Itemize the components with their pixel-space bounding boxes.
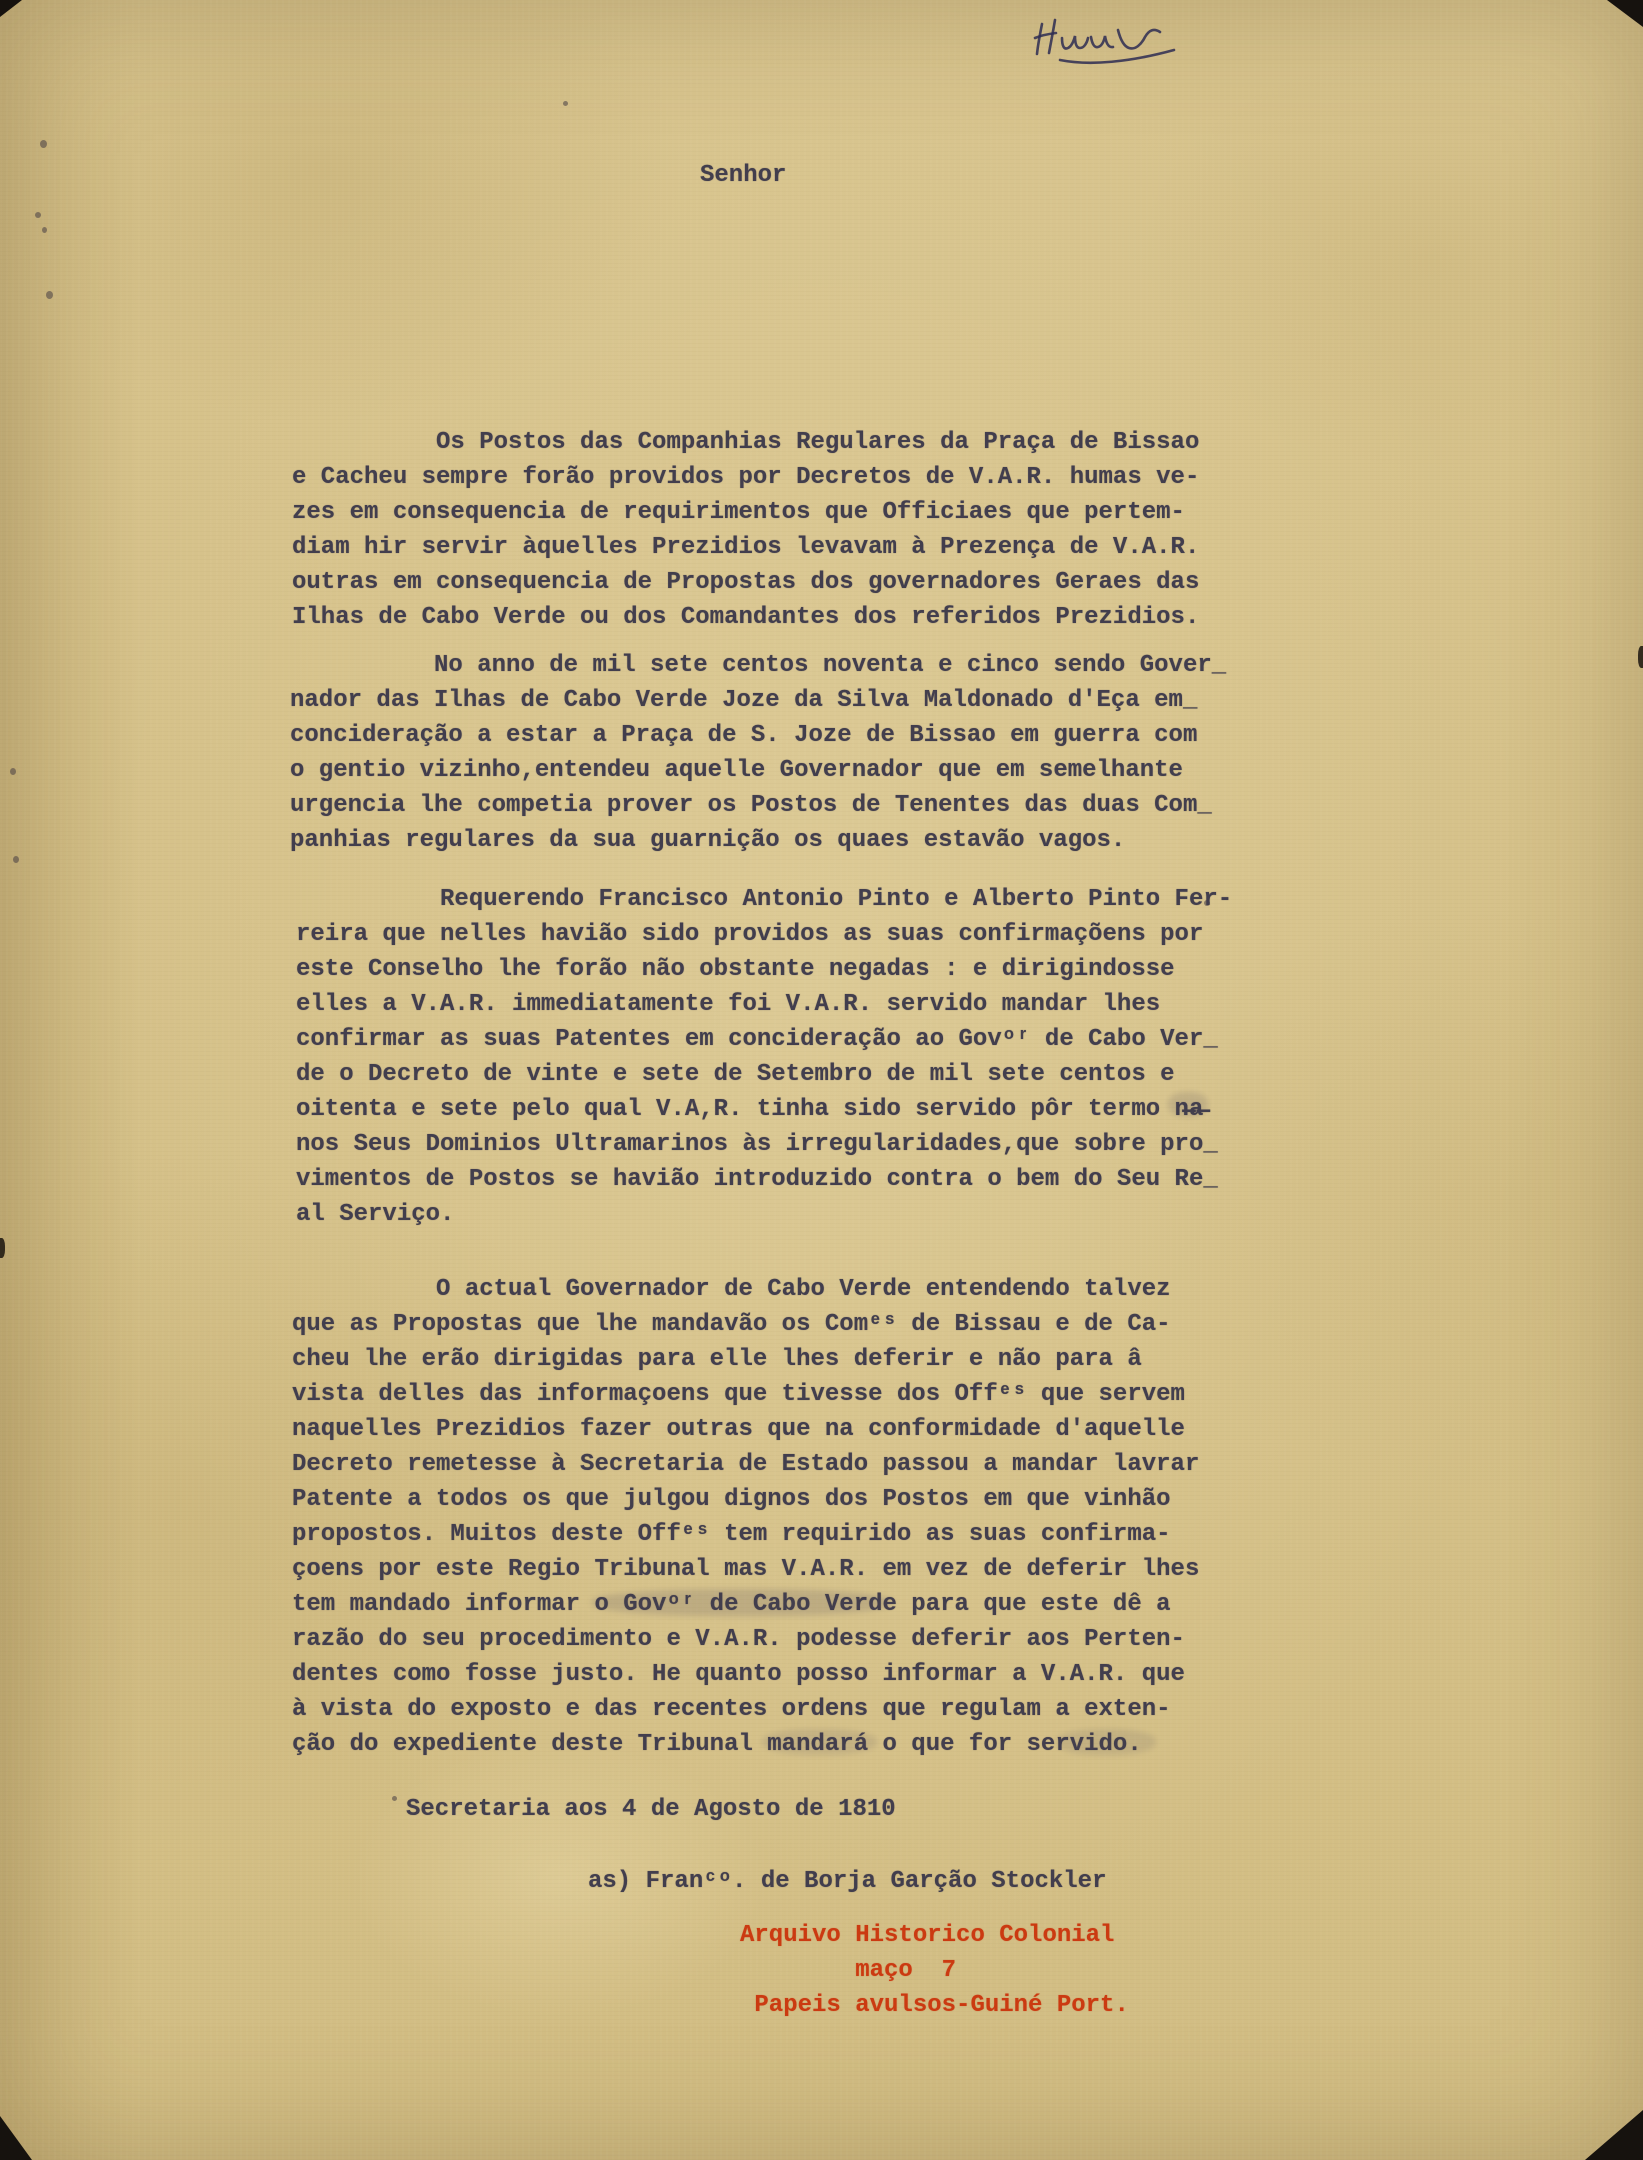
text-line: oitenta e sete pelo qual V.A,R. tinha si…	[296, 1092, 1232, 1127]
text-line: Decreto remetesse à Secretaria de Estado…	[292, 1447, 1199, 1482]
ink-speck	[46, 291, 53, 299]
text-line: diam hir servir àquelles Prezidios levav…	[292, 530, 1199, 565]
ink-speck	[392, 1796, 397, 1801]
text-line: vista delles das informaçoens que tivess…	[292, 1377, 1199, 1412]
paragraph-1: Os Postos das Companhias Regulares da Pr…	[292, 425, 1199, 635]
text-line: que as Propostas que lhe mandavão os Com…	[292, 1307, 1199, 1342]
text-line: reira que nelles havião sido providos as…	[296, 917, 1232, 952]
text-line: o gentio vizinho,entendeu aquelle Govern…	[290, 753, 1226, 788]
paragraph-2: No anno de mil sete centos noventa e cin…	[290, 648, 1226, 858]
archive-stamp: Arquivo Historico Colonial maço 7 Papeis…	[740, 1918, 1129, 2023]
text-line: e Cacheu sempre forão providos por Decre…	[292, 460, 1199, 495]
text-line: panhias regulares da sua guarnição os qu…	[290, 823, 1226, 858]
scan-edge-mark	[0, 1238, 5, 1258]
text-line: propostos. Muitos deste Offᵉˢ tem requir…	[292, 1517, 1199, 1552]
text-line: confirmar as suas Patentes em concideraç…	[296, 1022, 1232, 1057]
ink-speck	[13, 856, 19, 863]
text-line: ção do expediente deste Tribunal mandará…	[292, 1727, 1199, 1762]
text-line: Arquivo Historico Colonial	[740, 1918, 1129, 1953]
text-line: Patente a todos os que julgou dignos dos…	[292, 1482, 1199, 1517]
scan-corner-top-right	[1607, 0, 1643, 27]
text-line: Papeis avulsos-Guiné Port.	[740, 1988, 1129, 2023]
ink-speck	[563, 101, 568, 106]
text-line: nador das Ilhas de Cabo Verde Joze da Si…	[290, 683, 1226, 718]
scanned-letter-page: Senhor Os Postos das Companhias Regulare…	[0, 0, 1643, 2160]
text-line: Ilhas de Cabo Verde ou dos Comandantes d…	[292, 600, 1199, 635]
paragraph-4: O actual Governador de Cabo Verde entend…	[292, 1272, 1199, 1762]
text-line: al Serviço.	[296, 1197, 1232, 1232]
text-line: concideração a estar a Praça de S. Joze …	[290, 718, 1226, 753]
text-line: maço 7	[740, 1953, 1129, 1988]
text-line: O actual Governador de Cabo Verde entend…	[292, 1272, 1199, 1307]
text-line: razão do seu procedimento e V.A.R. podes…	[292, 1622, 1199, 1657]
text-line: Requerendo Francisco Antonio Pinto e Alb…	[296, 882, 1232, 917]
handwritten-signature	[1028, 8, 1188, 72]
text-line: de o Decreto de vinte e sete de Setembro…	[296, 1057, 1232, 1092]
text-line: outras em consequencia de Propostas dos …	[292, 565, 1199, 600]
text-line: elles a V.A.R. immediatamente foi V.A.R.…	[296, 987, 1232, 1022]
ink-speck	[10, 768, 16, 775]
scan-edge-mark	[1638, 646, 1643, 668]
text-line: No anno de mil sete centos noventa e cin…	[290, 648, 1226, 683]
text-line: çoens por este Regio Tribunal mas V.A.R.…	[292, 1552, 1199, 1587]
text-line: este Conselho lhe forão não obstante neg…	[296, 952, 1232, 987]
paragraph-3: Requerendo Francisco Antonio Pinto e Alb…	[296, 882, 1232, 1232]
scan-corner-top-left	[0, 0, 22, 17]
ink-speck	[42, 227, 47, 233]
text-line: naquelles Prezidios fazer outras que na …	[292, 1412, 1199, 1447]
scan-corner-bottom-left	[0, 2116, 32, 2160]
text-line: nos Seus Dominios Ultramarinos às irregu…	[296, 1127, 1232, 1162]
text-line: à vista do exposto e das recentes ordens…	[292, 1692, 1199, 1727]
text-line: Os Postos das Companhias Regulares da Pr…	[292, 425, 1199, 460]
text-line: cheu lhe erão dirigidas para elle lhes d…	[292, 1342, 1199, 1377]
scan-corner-bottom-right	[1585, 2110, 1643, 2160]
signature-line: as) Franᶜᵒ. de Borja Garção Stockler	[588, 1864, 1106, 1899]
text-line: tem mandado informar o Govᵒʳ de Cabo Ver…	[292, 1587, 1199, 1622]
text-line: dentes como fosse justo. He quanto posso…	[292, 1657, 1199, 1692]
text-line: vimentos de Postos se havião introduzido…	[296, 1162, 1232, 1197]
salutation: Senhor	[700, 158, 786, 193]
ink-speck	[35, 212, 41, 218]
ink-speck	[40, 140, 47, 148]
text-line: zes em consequencia de requirimentos que…	[292, 495, 1199, 530]
text-line: urgencia lhe competia prover os Postos d…	[290, 788, 1226, 823]
dateline: Secretaria aos 4 de Agosto de 1810	[406, 1792, 896, 1827]
